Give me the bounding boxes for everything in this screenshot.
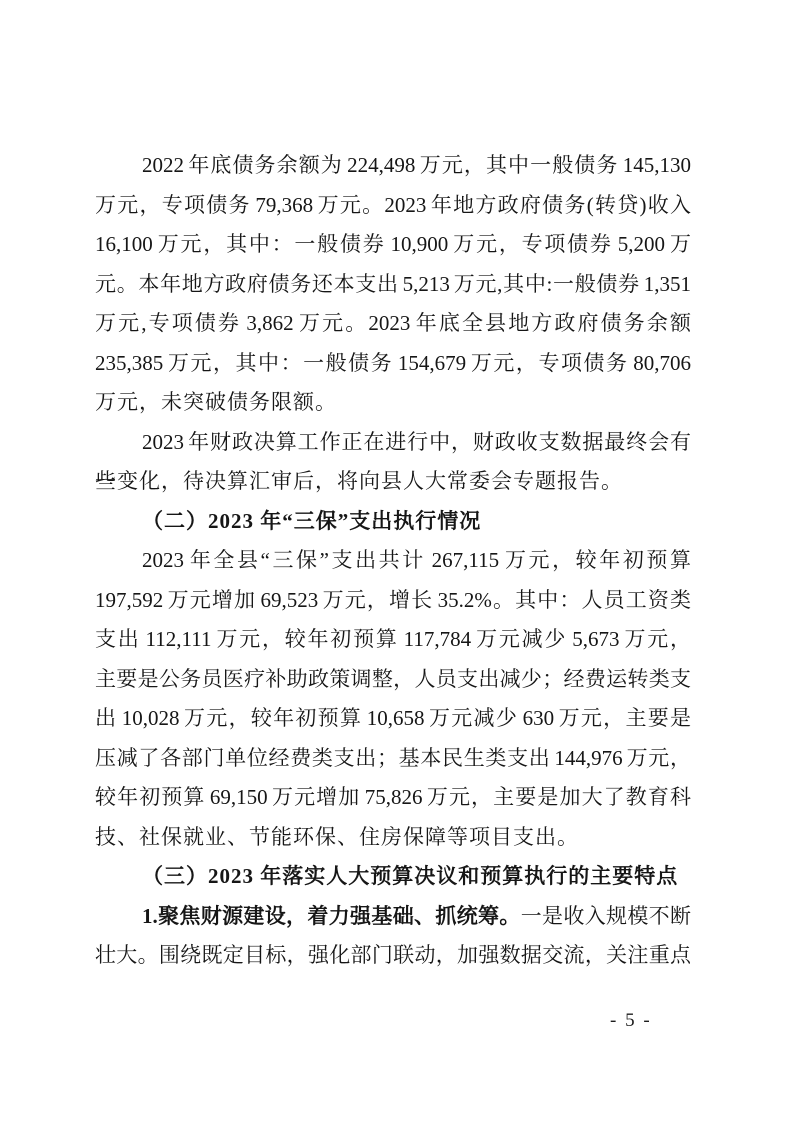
text-segment: 主要是公务员医疗补助政策调整，人员支出减少；经费运转类支 (95, 667, 691, 691)
body-text-line: 压减了各部门单位经费类支出；基本民生类支出 144,976 万元， (95, 739, 691, 779)
page-number: - 5 - (610, 1010, 652, 1032)
body-text-line: 2023 年财政决算工作正在进行中，财政收支数据最终会有一 (95, 423, 691, 463)
document-body: 2022 年底债务余额为 224,498 万元，其中一般债务 145,130万元… (95, 146, 691, 976)
text-segment: 出 10,028 万元，较年初预算 10,658 万元减少 630 万元，主要是 (95, 706, 691, 730)
body-text-line: 壮大。围绕既定目标，强化部门联动，加强数据交流，关注重点 (95, 936, 691, 976)
body-text-line: 万元,专项债券 3,862 万元。2023 年底全县地方政府债务余额 (95, 304, 691, 344)
emphasis-text-segment: （三）2023 年落实人大预算决议和预算执行的主要特点 (142, 864, 678, 888)
text-segment: 较年初预算 69,150 万元增加 75,826 万元，主要是加大了教育科 (95, 785, 691, 809)
body-text-line: 元。本年地方政府债务还本支出 5,213 万元,其中:一般债券 1,351 (95, 265, 691, 305)
text-segment: 万元,专项债券 3,862 万元。2023 年底全县地方政府债务余额 (95, 311, 691, 335)
body-text-line: 1.聚焦财源建设，着力强基础、抓统筹。一是收入规模不断 (95, 897, 691, 937)
text-segment: 元。本年地方政府债务还本支出 5,213 万元,其中:一般债券 1,351 (95, 272, 691, 296)
body-text-line: 主要是公务员医疗补助政策调整，人员支出减少；经费运转类支 (95, 660, 691, 700)
text-segment: 万元，专项债务 79,368 万元。2023 年地方政府债务(转贷)收入 (95, 193, 691, 217)
body-text-line: 出 10,028 万元，较年初预算 10,658 万元减少 630 万元，主要是 (95, 699, 691, 739)
text-segment: 压减了各部门单位经费类支出；基本民生类支出 144,976 万元， (95, 746, 691, 770)
body-text-line: 235,385 万元，其中：一般债务 154,679 万元，专项债务 80,70… (95, 344, 691, 384)
text-segment: 16,100 万元，其中：一般债券 10,900 万元，专项债券 5,200 万 (95, 232, 691, 256)
text-segment: 些变化，待决算汇审后，将向县人大常委会专题报告。 (95, 469, 623, 493)
text-segment: 2022 年底债务余额为 224,498 万元，其中一般债务 145,130 (142, 153, 691, 177)
text-segment: 一是收入规模不断 (521, 904, 691, 928)
body-text-line: 万元，专项债务 79,368 万元。2023 年地方政府债务(转贷)收入 (95, 186, 691, 226)
text-segment: 197,592 万元增加 69,523 万元，增长 35.2%。其中：人员工资类 (95, 588, 691, 612)
body-text-line: 197,592 万元增加 69,523 万元，增长 35.2%。其中：人员工资类 (95, 581, 691, 621)
text-segment: 2023 年全县“三保”支出共计 267,115 万元，较年初预算 (142, 548, 691, 572)
body-text-line: 支出 112,111 万元，较年初预算 117,784 万元减少 5,673 万… (95, 620, 691, 660)
emphasis-text-segment: （二）2023 年“三保”支出执行情况 (142, 509, 481, 533)
emphasis-text-segment: 1.聚焦财源建设，着力强基础、抓统筹。 (142, 904, 521, 928)
section-heading: （二）2023 年“三保”支出执行情况 (95, 502, 691, 542)
body-text-line: 技、社保就业、节能环保、住房保障等项目支出。 (95, 818, 691, 858)
section-heading: （三）2023 年落实人大预算决议和预算执行的主要特点 (95, 857, 691, 897)
text-segment: 壮大。围绕既定目标，强化部门联动，加强数据交流，关注重点 (95, 943, 691, 967)
text-segment: 技、社保就业、节能环保、住房保障等项目支出。 (95, 825, 579, 849)
body-text-line: 2022 年底债务余额为 224,498 万元，其中一般债务 145,130 (95, 146, 691, 186)
text-segment: 支出 112,111 万元，较年初预算 117,784 万元减少 5,673 万… (95, 627, 691, 651)
body-text-line: 16,100 万元，其中：一般债券 10,900 万元，专项债券 5,200 万 (95, 225, 691, 265)
body-text-line: 2023 年全县“三保”支出共计 267,115 万元，较年初预算 (95, 541, 691, 581)
document-page: 2022 年底债务余额为 224,498 万元，其中一般债务 145,130万元… (0, 0, 793, 1122)
body-text-line: 些变化，待决算汇审后，将向县人大常委会专题报告。 (95, 462, 691, 502)
text-segment: 万元，未突破债务限额。 (95, 390, 337, 414)
body-text-line: 较年初预算 69,150 万元增加 75,826 万元，主要是加大了教育科 (95, 778, 691, 818)
text-segment: 235,385 万元，其中：一般债务 154,679 万元，专项债务 80,70… (95, 351, 691, 375)
body-text-line: 万元，未突破债务限额。 (95, 383, 691, 423)
